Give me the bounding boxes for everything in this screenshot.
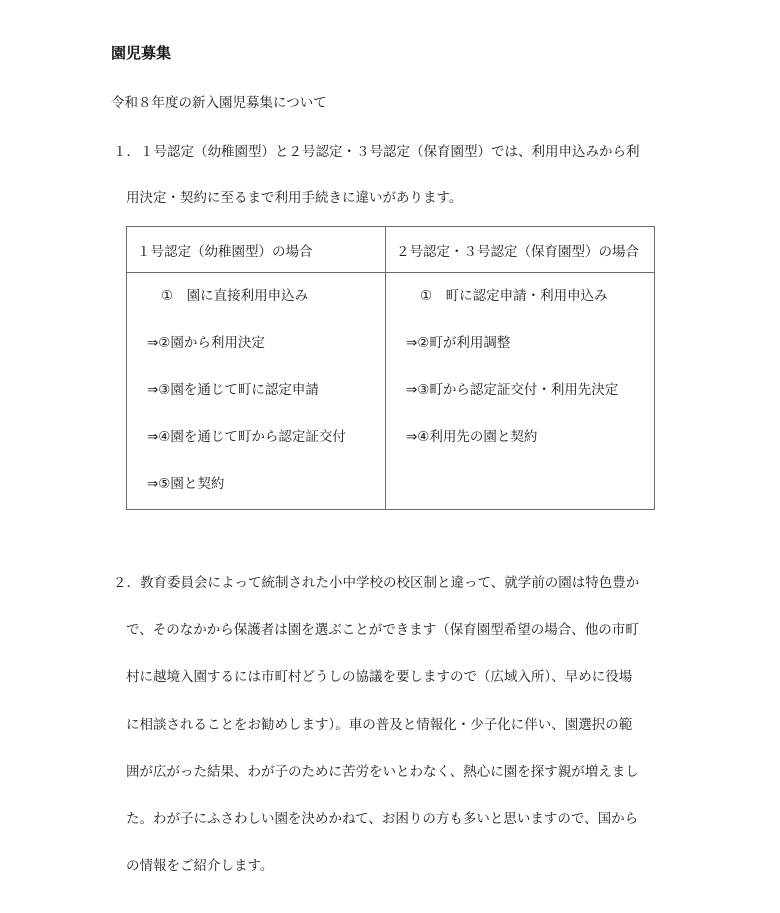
section-2-line: の情報をご紹介します。	[126, 854, 273, 874]
page-title: 園児募集	[111, 42, 171, 63]
section-2-line: で、そのなかから保護者は園を選ぶことができます（保育園型希望の場合、他の市町	[126, 618, 639, 638]
section-2-line: 村に越境入園するには市町村どうしの協議を要しますので（広域入所）、早めに役場	[126, 665, 632, 685]
step-item: ⇒③町から認定証交付・利用先決定	[386, 367, 654, 414]
step-item: ① 園に直接利用申込み	[127, 273, 385, 320]
page-subtitle: 令和８年度の新入園児募集について	[111, 91, 327, 111]
section-2-line: に相談されることをお勧めします）。車の普及と情報化・少子化に伴い、園選択の範	[126, 713, 632, 733]
section-2-line: た。わが子にふさわしい園を決めかねて、お困りの方も多いと思いますので、国から	[126, 807, 638, 827]
section-1-line: 用決定・契約に至るまで利用手続きに違いがあります。	[126, 186, 462, 206]
step-item: ⇒⑤園と契約	[127, 461, 385, 508]
header-type-1: １号認定（幼稚園型）の場合	[127, 227, 386, 273]
steps-type-2-3: ① 町に認定申請・利用申込み ⇒②町が利用調整 ⇒③町から認定証交付・利用先決定…	[386, 273, 655, 510]
step-item: ⇒②町が利用調整	[386, 320, 654, 367]
section-2-line: ２．教育委員会によって統制された小中学校の校区制と違って、就学前の園は特色豊か	[113, 571, 639, 591]
certification-steps-table: １号認定（幼稚園型）の場合 ２号認定・３号認定（保育園型）の場合 ① 園に直接利…	[126, 226, 655, 510]
step-item: ⇒④利用先の園と契約	[386, 414, 654, 461]
section-1-line: １．１号認定（幼稚園型）と２号認定・３号認定（保育園型）では、利用申込みから利	[113, 140, 640, 160]
step-item: ⇒③園を通じて町に認定申請	[127, 367, 385, 414]
table-row: ① 園に直接利用申込み ⇒②園から利用決定 ⇒③園を通じて町に認定申請 ⇒④園を…	[127, 273, 655, 510]
section-2-line: 囲が広がった結果、わが子のために苦労をいとわなく、熱心に園を探す親が増えまし	[126, 760, 639, 780]
header-type-2-3: ２号認定・３号認定（保育園型）の場合	[386, 227, 655, 273]
table-header-row: １号認定（幼稚園型）の場合 ２号認定・３号認定（保育園型）の場合	[127, 227, 655, 273]
step-item: ⇒④園を通じて町から認定証交付	[127, 414, 385, 461]
step-item: ⇒②園から利用決定	[127, 320, 385, 367]
step-item: ① 町に認定申請・利用申込み	[386, 273, 654, 320]
steps-type-1: ① 園に直接利用申込み ⇒②園から利用決定 ⇒③園を通じて町に認定申請 ⇒④園を…	[127, 273, 386, 510]
